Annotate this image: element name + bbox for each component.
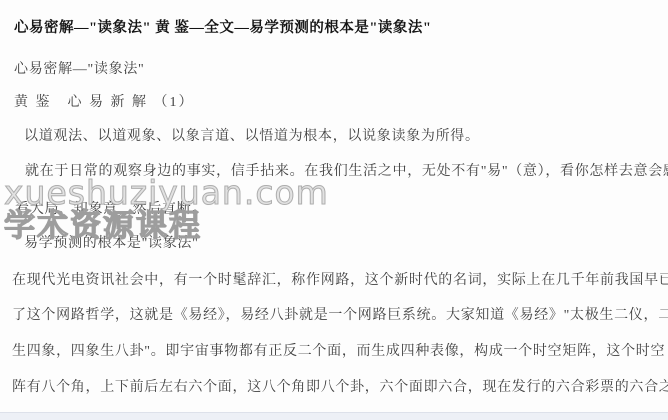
- paragraph-section-heading: 易学预测的根本是"读象法": [24, 236, 199, 252]
- paragraph-author-heading: 黄 鉴 心 易 新 解 （1）: [14, 95, 195, 111]
- bottom-bar: [0, 412, 668, 420]
- paragraph-modern-network-2: 了这个网路哲学，这就是《易经》，易经八卦就是一个网路巨系统。大家知道《易经》"太…: [12, 308, 668, 324]
- document-title: 心易密解—"读象法" 黄 鉴—全文—易学预测的根本是"读象法": [14, 20, 431, 37]
- paragraph-principles: 以道观法、以道观象、以象言道、以悟道为根本，以说象读象为所得。: [24, 129, 480, 145]
- paragraph-modern-network-3: 生四象，四象生八卦"。即宇宙事物都有正反二个面，而生成四种表像，构成一个时空矩阵…: [12, 344, 665, 360]
- paragraph-subtitle: 心易密解—"读象法": [14, 62, 144, 78]
- paragraph-daily-observation: 就在于日常的观察身边的事实，信手拈来。在我们生活之中，无处不有"易"（意），看你…: [25, 164, 668, 180]
- paragraph-modern-network-4: 阵有八个角，上下前后左右六个面，这八个角即八个卦，六个面即六合，现在发行的六合彩…: [12, 380, 668, 396]
- paragraph-big-picture: 看大局，知象意，然后直断。: [15, 202, 206, 218]
- document-page: 心易密解—"读象法" 黄 鉴—全文—易学预测的根本是"读象法" 心易密解—"读象…: [0, 0, 668, 420]
- paragraph-modern-network-1: 在现代光电资讯社会中，有一个时髦辞汇，称作网路，这个新时代的名词，实际上在几千年…: [12, 273, 668, 289]
